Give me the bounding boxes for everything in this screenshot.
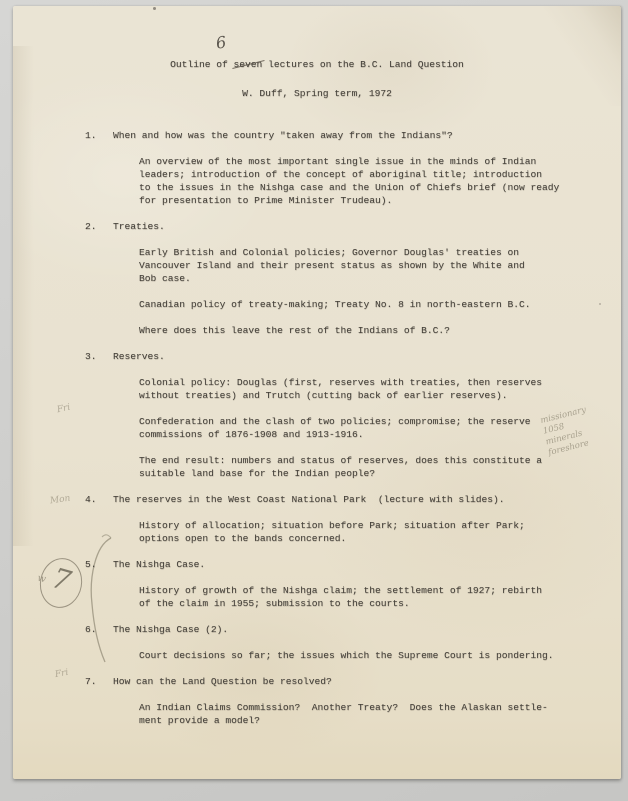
item-paragraph: The end result: numbers and status of re… xyxy=(139,454,563,480)
outline-item-5: 5. The Nishga Case. History of growth of… xyxy=(85,558,563,623)
item-body: Treaties. Early British and Colonial pol… xyxy=(113,220,563,350)
outline-item-2: 2. Treaties. Early British and Colonial … xyxy=(85,220,563,350)
scanner-background: 6 Fri Mon Fri 7 w missionary 1058 minera… xyxy=(0,0,628,801)
title-suffix: lectures on the B.C. Land Question xyxy=(262,59,464,70)
item-paragraph: History of growth of the Nishga claim; t… xyxy=(139,584,563,610)
item-paragraph: Where does this leave the rest of the In… xyxy=(139,324,563,337)
typewritten-content: Outline of seven lectures on the B.C. La… xyxy=(13,6,621,779)
document-title: Outline of seven lectures on the B.C. La… xyxy=(71,58,563,71)
item-body: How can the Land Question be resolved? A… xyxy=(113,675,563,740)
title-prefix: Outline of xyxy=(170,59,233,70)
item-number: 7. xyxy=(85,675,113,740)
item-number: 3. xyxy=(85,350,113,493)
item-body: The Nishga Case. History of growth of th… xyxy=(113,558,563,623)
item-body: The reserves in the West Coast National … xyxy=(113,493,563,558)
document-subtitle: W. Duff, Spring term, 1972 xyxy=(71,87,563,100)
document-page: 6 Fri Mon Fri 7 w missionary 1058 minera… xyxy=(13,6,621,779)
outline-item-1: 1. When and how was the country "taken a… xyxy=(85,129,563,220)
item-heading: When and how was the country "taken away… xyxy=(113,129,563,142)
outline-item-3: 3. Reserves. Colonial policy: Douglas (f… xyxy=(85,350,563,493)
item-paragraph: Early British and Colonial policies; Gov… xyxy=(139,246,563,285)
item-heading: How can the Land Question be resolved? xyxy=(113,675,563,688)
item-heading: The Nishga Case (2). xyxy=(113,623,563,636)
document-header: Outline of seven lectures on the B.C. La… xyxy=(71,58,563,100)
item-heading: The Nishga Case. xyxy=(113,558,563,571)
item-paragraph: Colonial policy: Douglas (first, reserve… xyxy=(139,376,563,402)
title-struck-word: seven xyxy=(234,58,263,71)
item-number: 4. xyxy=(85,493,113,558)
item-number: 1. xyxy=(85,129,113,220)
item-heading: Treaties. xyxy=(113,220,563,233)
item-number: 6. xyxy=(85,623,113,675)
item-body: The Nishga Case (2). Court decisions so … xyxy=(113,623,563,675)
item-number: 2. xyxy=(85,220,113,350)
item-paragraph: Confederation and the clash of two polic… xyxy=(139,415,563,441)
item-paragraph: An overview of the most important single… xyxy=(139,155,563,207)
outline-item-4: 4. The reserves in the West Coast Nation… xyxy=(85,493,563,558)
item-body: Reserves. Colonial policy: Douglas (firs… xyxy=(113,350,563,493)
item-paragraph: History of allocation; situation before … xyxy=(139,519,563,545)
item-heading: Reserves. xyxy=(113,350,563,363)
outline-item-7: 7. How can the Land Question be resolved… xyxy=(85,675,563,740)
item-paragraph: An Indian Claims Commission? Another Tre… xyxy=(139,701,563,727)
outline-item-6: 6. The Nishga Case (2). Court decisions … xyxy=(85,623,563,675)
item-number: 5. xyxy=(85,558,113,623)
item-paragraph: Canadian policy of treaty-making; Treaty… xyxy=(139,298,563,311)
item-paragraph: Court decisions so far; the issues which… xyxy=(139,649,563,662)
item-heading: The reserves in the West Coast National … xyxy=(113,493,563,506)
item-body: When and how was the country "taken away… xyxy=(113,129,563,220)
